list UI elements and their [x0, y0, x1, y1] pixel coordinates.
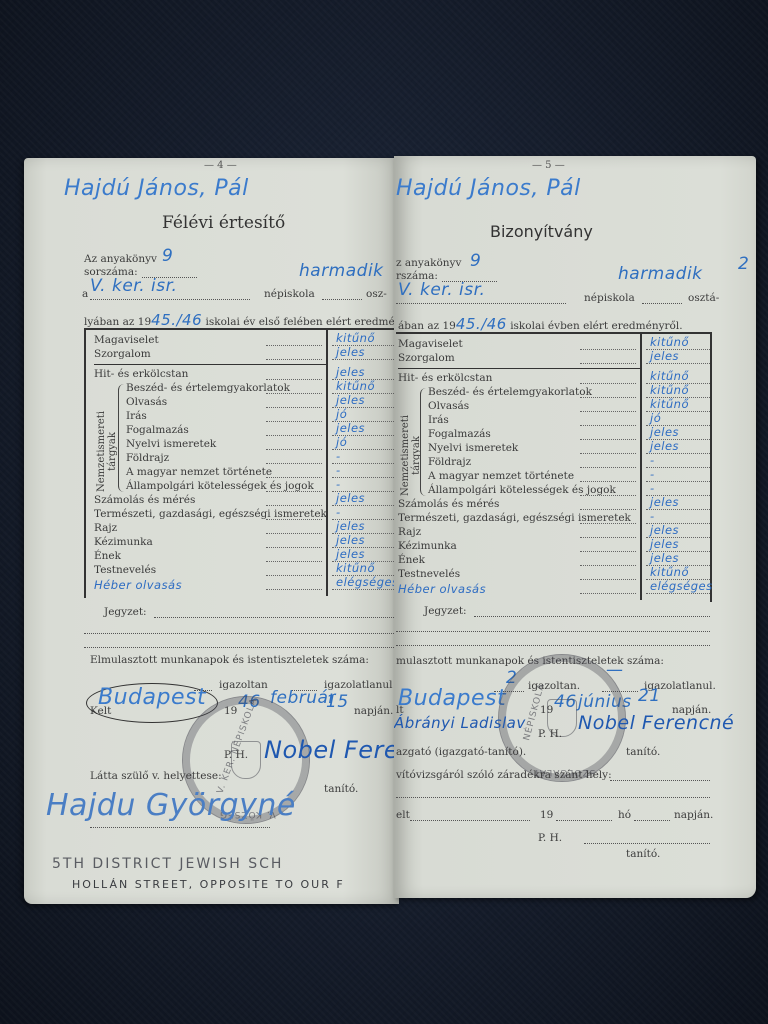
grade-row: Rajz	[398, 526, 421, 538]
subject-label: Kézimunka	[94, 536, 153, 548]
grade-row: Fogalmazás	[428, 428, 491, 440]
subject-label: Fogalmazás	[126, 424, 189, 436]
label-dots	[580, 453, 636, 454]
grade-row: Számolás és mérés	[94, 494, 195, 506]
label-dots	[266, 589, 322, 590]
column-divider	[640, 334, 642, 600]
student-name: Hajdú János, Pál	[64, 176, 249, 201]
grade-row: Nyelvi ismeretek	[428, 442, 518, 454]
grade-value: -	[336, 449, 341, 463]
label-dots	[266, 519, 322, 520]
label-dots	[266, 345, 322, 346]
grade-value: jeles	[650, 425, 679, 439]
grade-value: jeles	[336, 519, 365, 533]
grade-row: Hit- és erkölcstan	[94, 368, 188, 380]
grade-dots	[332, 505, 396, 506]
notes-dots-3	[396, 636, 710, 646]
grade-row: Nyelvi ismeretek	[126, 438, 216, 450]
notes-dots	[474, 607, 710, 617]
grade-row: Irás	[428, 414, 449, 426]
class-dots	[322, 290, 362, 300]
label-dots	[266, 477, 322, 478]
subject-label: A magyar nemzet története	[428, 470, 574, 482]
subject-label: A magyar nemzet története	[126, 466, 272, 478]
grade-row: Magaviselet	[94, 334, 159, 346]
grade-row: Ének	[94, 550, 121, 562]
seal-label-2: P. H.	[538, 832, 562, 844]
left-page-semester-report: — 4 — Hajdú János, Pál Félévi értesítő A…	[24, 158, 399, 904]
page-title: Bizonyítvány	[490, 222, 593, 241]
class-label: osztá-	[688, 292, 719, 304]
grade-value: jeles	[336, 491, 365, 505]
grade-row: Számolás és mérés	[398, 498, 499, 510]
grade-dots	[332, 449, 396, 450]
label-dots	[266, 463, 322, 464]
grade-value: kitűnő	[650, 335, 689, 349]
class-dots	[642, 294, 682, 304]
subject-label: Számolás és mérés	[398, 498, 499, 510]
registry-number: 9	[162, 246, 173, 266]
grade-value: jeles	[336, 345, 365, 359]
label-dots	[580, 425, 636, 426]
grade-value: elégséges	[336, 575, 399, 589]
label-dots	[580, 537, 636, 538]
label-dots	[266, 533, 322, 534]
grade-value: -	[336, 463, 341, 477]
grade-row: Ének	[398, 554, 425, 566]
day: 21	[638, 686, 661, 706]
grade-value: jeles	[650, 537, 679, 551]
grade-value: jeles	[650, 551, 679, 565]
grade-level: harmadik	[299, 261, 384, 281]
subject-label: Rajz	[398, 526, 421, 538]
grade-dots	[646, 363, 710, 364]
grade-value: kitűnő	[650, 565, 689, 579]
teacher-dots-2	[584, 834, 710, 844]
school-name: V. ker. isr.	[90, 276, 177, 296]
grade-dots	[332, 463, 396, 464]
grade-value: kitűnő	[650, 369, 689, 383]
subject-label: Irás	[428, 414, 449, 426]
notes-dots-2	[84, 624, 394, 634]
grade-value: jeles	[336, 393, 365, 407]
page-title: Félévi értesítő	[162, 213, 285, 233]
subject-label: Testnevelés	[398, 568, 460, 580]
grade-row: Szorgalom	[94, 348, 151, 360]
label-dots	[580, 439, 636, 440]
grade-dots	[646, 593, 710, 594]
grade-level: harmadik	[618, 264, 703, 284]
subject-label: Rajz	[94, 522, 117, 534]
label-dots	[580, 593, 636, 594]
grade-value: jeles	[650, 439, 679, 453]
grade-value: elégséges	[650, 579, 713, 593]
subject-label: Ének	[398, 554, 425, 566]
grade-row: Hit- és erkölcstan	[398, 372, 492, 384]
grade-row: Héber olvasás	[398, 582, 486, 596]
notes-label: Jegyzet:	[424, 605, 467, 617]
column-divider	[326, 330, 328, 596]
label-dots	[580, 565, 636, 566]
subject-label: Hit- és erkölcstan	[94, 368, 188, 380]
label-dots	[266, 359, 322, 360]
group-label-line-1: Nemzetismereti	[96, 411, 107, 492]
grade-row: Rajz	[94, 522, 117, 534]
grade-dots	[646, 453, 710, 454]
school-year: 45./46	[151, 311, 202, 329]
group-label-line-2: tárgyak	[107, 411, 118, 492]
grade-row: Kézimunka	[398, 540, 457, 552]
grade-row: Héber olvasás	[94, 578, 182, 592]
grade-value: -	[650, 509, 655, 523]
label-dots	[266, 393, 322, 394]
parent-label: Látta szülő v. helyettese:	[90, 770, 222, 782]
subject-label: Hit- és erkölcstan	[398, 372, 492, 384]
school-prefix: a	[82, 288, 88, 300]
group-label-line-1: Nemzetismereti	[400, 415, 411, 496]
place-dots-2	[410, 811, 530, 821]
grade-row: Beszéd- és értelemgyakorlatok	[428, 386, 592, 398]
grade-value: -	[650, 453, 655, 467]
label-dots	[580, 579, 636, 580]
label-dots	[580, 363, 636, 364]
grade-row: A magyar nemzet története	[428, 470, 574, 482]
label-dots	[266, 547, 322, 548]
grade-value: jeles	[336, 365, 365, 379]
year-line: ában az 1945./46 iskolai évben elért ere…	[398, 315, 683, 333]
grade-dots	[332, 589, 396, 590]
parent-dots	[90, 818, 270, 828]
registry-label: Az anyakönyv	[84, 253, 157, 265]
label-dots	[580, 383, 636, 384]
school-year: 45./46	[456, 315, 507, 333]
day-suffix-2: napján.	[674, 809, 713, 821]
grade-value: jeles	[650, 495, 679, 509]
subject-label: Olvasás	[428, 400, 469, 412]
brace-icon	[118, 384, 124, 492]
label-dots	[266, 505, 322, 506]
subject-label: Kézimunka	[398, 540, 457, 552]
subject-label: Nyelvi ismeretek	[126, 438, 216, 450]
right-page-certificate: — 5 — Hajdú János, Pál Bizonyítvány z an…	[394, 156, 756, 898]
registry-number: 9	[470, 251, 481, 271]
grade-row: Irás	[126, 410, 147, 422]
grade-value: kitűnő	[336, 331, 375, 345]
notes-dots	[154, 608, 394, 618]
seal-label: P. H.	[538, 728, 562, 740]
exam-clause-dots-2	[396, 788, 710, 798]
grade-dots	[646, 509, 710, 510]
grade-value: kitűnő	[336, 379, 375, 393]
grades-table: MagaviseletkitűnőSzorgalomjelesHit- és e…	[396, 332, 712, 602]
teacher-signature: Nobel Ferencné	[578, 712, 734, 734]
pencil-note-line-1: 5TH DISTRICT JEWISH SCH	[52, 856, 283, 872]
page-number: — 5 —	[532, 160, 565, 171]
seal-label: P. H.	[224, 749, 248, 761]
grade-value: kitűnő	[336, 561, 375, 575]
day: 15	[326, 692, 349, 712]
subject-label: Testnevelés	[94, 564, 156, 576]
grade-value: jeles	[336, 421, 365, 435]
subject-label: Irás	[126, 410, 147, 422]
margin-mark: 2	[738, 254, 749, 274]
grade-value: -	[650, 467, 655, 481]
subject-label: Számolás és mérés	[94, 494, 195, 506]
month-label-2: hó	[618, 809, 631, 821]
class-label: osz-	[366, 288, 387, 300]
grade-row: Fogalmazás	[126, 424, 189, 436]
subject-label: Fogalmazás	[428, 428, 491, 440]
day-suffix: napján.	[354, 705, 393, 717]
year-prefix: lyában az 19	[84, 316, 151, 328]
grade-dots	[646, 467, 710, 468]
principal-label: azgató (igazgató-tanító).	[396, 746, 526, 758]
exam-clause-label: vítóvizsgáról szóló záradékra szánt hely…	[396, 769, 612, 781]
year-line: lyában az 1945./46 iskolai év első feléb…	[84, 311, 399, 329]
label-dots	[580, 509, 636, 510]
grade-row: Testnevelés	[94, 564, 156, 576]
subject-label: Földrajz	[126, 452, 169, 464]
grade-value: kitűnő	[650, 397, 689, 411]
grade-row: Szorgalom	[398, 352, 455, 364]
section-rule	[94, 364, 326, 365]
exam-clause-dots	[610, 771, 710, 781]
subject-label: Földrajz	[428, 456, 471, 468]
grade-value: -	[336, 477, 341, 491]
teacher-label: tanító.	[626, 746, 660, 758]
school-type-label: népiskola	[584, 292, 635, 304]
grade-value: jeles	[650, 349, 679, 363]
label-dots	[266, 379, 322, 380]
subject-group-label: Nemzetismeretitárgyak	[96, 411, 118, 492]
grade-row: Földrajz	[428, 456, 471, 468]
page-number: — 4 —	[204, 160, 237, 171]
grade-value: jeles	[650, 523, 679, 537]
notes-dots-3	[84, 638, 394, 648]
grade-value: -	[650, 481, 655, 495]
subject-label: Héber olvasás	[398, 582, 486, 596]
label-dots	[266, 449, 322, 450]
subject-label: Szorgalom	[94, 348, 151, 360]
notes-dots-2	[396, 622, 710, 632]
grades-table: MagaviseletkitűnőSzorgalomjelesHit- és e…	[84, 328, 396, 598]
label-dots	[266, 421, 322, 422]
year-prefix: ában az 19	[398, 320, 456, 332]
place: Budapest	[98, 685, 206, 710]
label-dots	[580, 523, 636, 524]
grade-row: Olvasás	[428, 400, 469, 412]
subject-label: Magaviselet	[94, 334, 159, 346]
subject-label: Beszéd- és értelemgyakorlatok	[428, 386, 592, 398]
grade-row: Kézimunka	[94, 536, 153, 548]
subject-label: Héber olvasás	[94, 578, 182, 592]
label-dots	[266, 575, 322, 576]
label-dots	[580, 495, 636, 496]
label-dots	[580, 397, 636, 398]
label-dots	[580, 467, 636, 468]
grade-row: A magyar nemzet története	[126, 466, 272, 478]
grade-value: -	[336, 505, 341, 519]
grade-value: jó	[336, 407, 347, 421]
subject-label: Olvasás	[126, 396, 167, 408]
section-rule	[398, 368, 640, 369]
grade-dots	[332, 359, 396, 360]
grade-value: jeles	[336, 547, 365, 561]
day-dots-2	[634, 811, 670, 821]
label-dots	[266, 491, 322, 492]
grade-row: Földrajz	[126, 452, 169, 464]
label-dots	[580, 411, 636, 412]
missed-days-label: Elmulasztott munkanapok és istentisztele…	[90, 654, 369, 666]
grade-value: kitűnő	[650, 383, 689, 397]
teacher-label: tanító.	[324, 783, 358, 795]
excused-label: igazoltan	[219, 679, 268, 691]
grade-value: jó	[650, 411, 661, 425]
subject-label: Ének	[94, 550, 121, 562]
school-type-label: népiskola	[264, 288, 315, 300]
label-dots	[266, 435, 322, 436]
brace-icon	[420, 388, 426, 496]
subject-group-label: Nemzetismeretitárgyak	[400, 415, 422, 496]
label-dots	[580, 349, 636, 350]
registry-label: z anyakönyv	[396, 257, 461, 269]
principal-signature: Ábrányi Ladislav	[394, 714, 526, 732]
dated-label-2: elt	[396, 809, 410, 821]
year-suffix: iskolai év első felében elért eredményrő…	[205, 316, 399, 328]
year-prefix-2: 19	[540, 809, 553, 821]
notes-label: Jegyzet:	[104, 606, 147, 618]
label-dots	[266, 407, 322, 408]
grade-row: Olvasás	[126, 396, 167, 408]
school-name: V. ker. isr.	[398, 280, 485, 300]
year-dots-2	[556, 811, 612, 821]
label-dots	[266, 561, 322, 562]
teacher-label-2: tanító.	[626, 848, 660, 860]
grade-row: Magaviselet	[398, 338, 463, 350]
report-card-booklet: — 4 — Hajdú János, Pál Félévi értesítő A…	[24, 150, 760, 905]
grade-row: Testnevelés	[398, 568, 460, 580]
place: Budapest	[398, 686, 506, 711]
subject-label: Magaviselet	[398, 338, 463, 350]
pencil-note-line-2: HOLLÁN STREET, OPPOSITE TO OUR F	[72, 878, 345, 891]
grade-value: jó	[336, 435, 347, 449]
subject-label: Nyelvi ismeretek	[428, 442, 518, 454]
student-name: Hajdú János, Pál	[396, 176, 581, 201]
subject-label: Szorgalom	[398, 352, 455, 364]
grade-value: jeles	[336, 533, 365, 547]
label-dots	[580, 551, 636, 552]
teacher-signature: Nobel Ferencné	[264, 736, 399, 764]
year-suffix: iskolai évben elért eredményről.	[510, 320, 682, 332]
grade-dots	[332, 477, 396, 478]
label-dots	[580, 481, 636, 482]
grade-dots	[646, 481, 710, 482]
